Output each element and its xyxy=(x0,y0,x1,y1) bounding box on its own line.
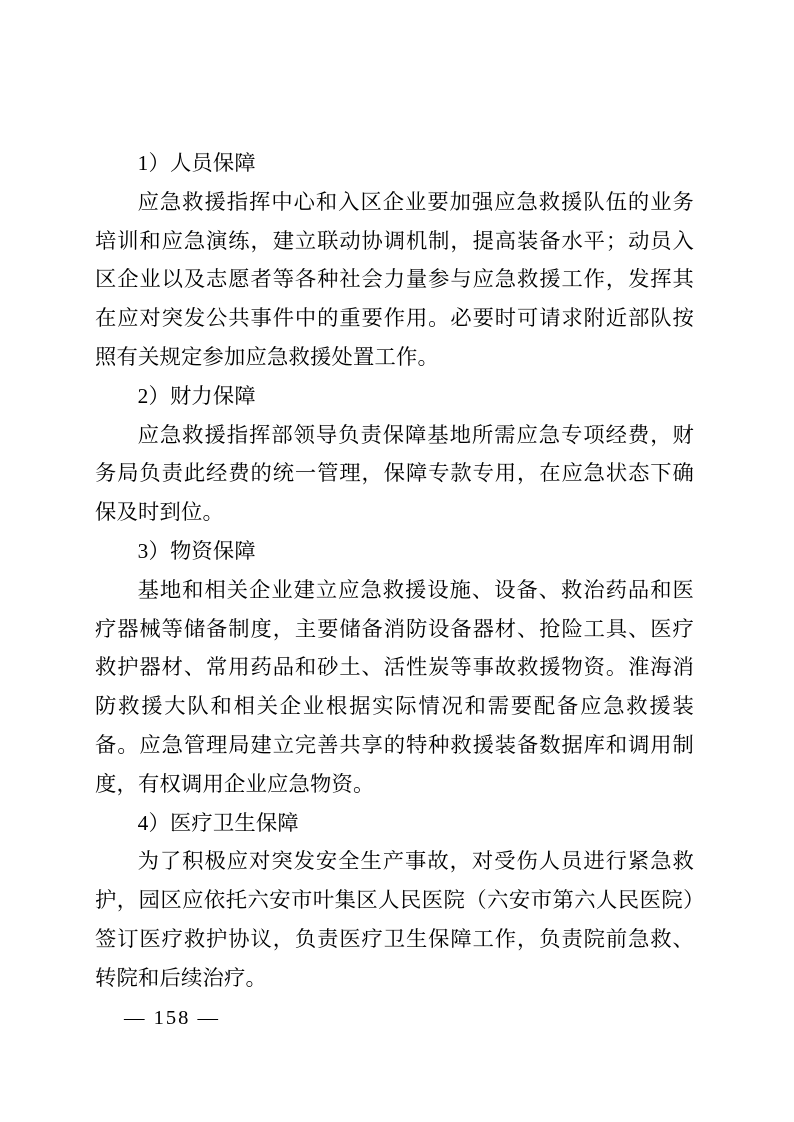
document-page: 1）人员保障 应急救援指挥中心和入区企业要加强应急救援队伍的业务培训和应急演练，… xyxy=(0,0,794,1122)
section-4-heading: 4）医疗卫生保障 xyxy=(95,804,694,843)
document-body: 1）人员保障 应急救援指挥中心和入区企业要加强应急救援队伍的业务培训和应急演练，… xyxy=(95,144,694,998)
section-1-paragraph: 应急救援指挥中心和入区企业要加强应急救援队伍的业务培训和应急演练，建立联动协调机… xyxy=(95,183,694,377)
section-1-heading: 1）人员保障 xyxy=(95,144,694,183)
section-2-paragraph: 应急救援指挥部领导负责保障基地所需应急专项经费，财务局负责此经费的统一管理，保障… xyxy=(95,416,694,532)
section-2-heading: 2）财力保障 xyxy=(95,377,694,416)
page-number: — 158 — xyxy=(124,1000,220,1036)
section-3-paragraph: 基地和相关企业建立应急救援设施、设备、救治药品和医疗器械等储备制度，主要储备消防… xyxy=(95,571,694,804)
section-3-heading: 3）物资保障 xyxy=(95,532,694,571)
section-4-paragraph: 为了积极应对突发安全生产事故，对受伤人员进行紧急救护，园区应依托六安市叶集区人民… xyxy=(95,842,694,997)
